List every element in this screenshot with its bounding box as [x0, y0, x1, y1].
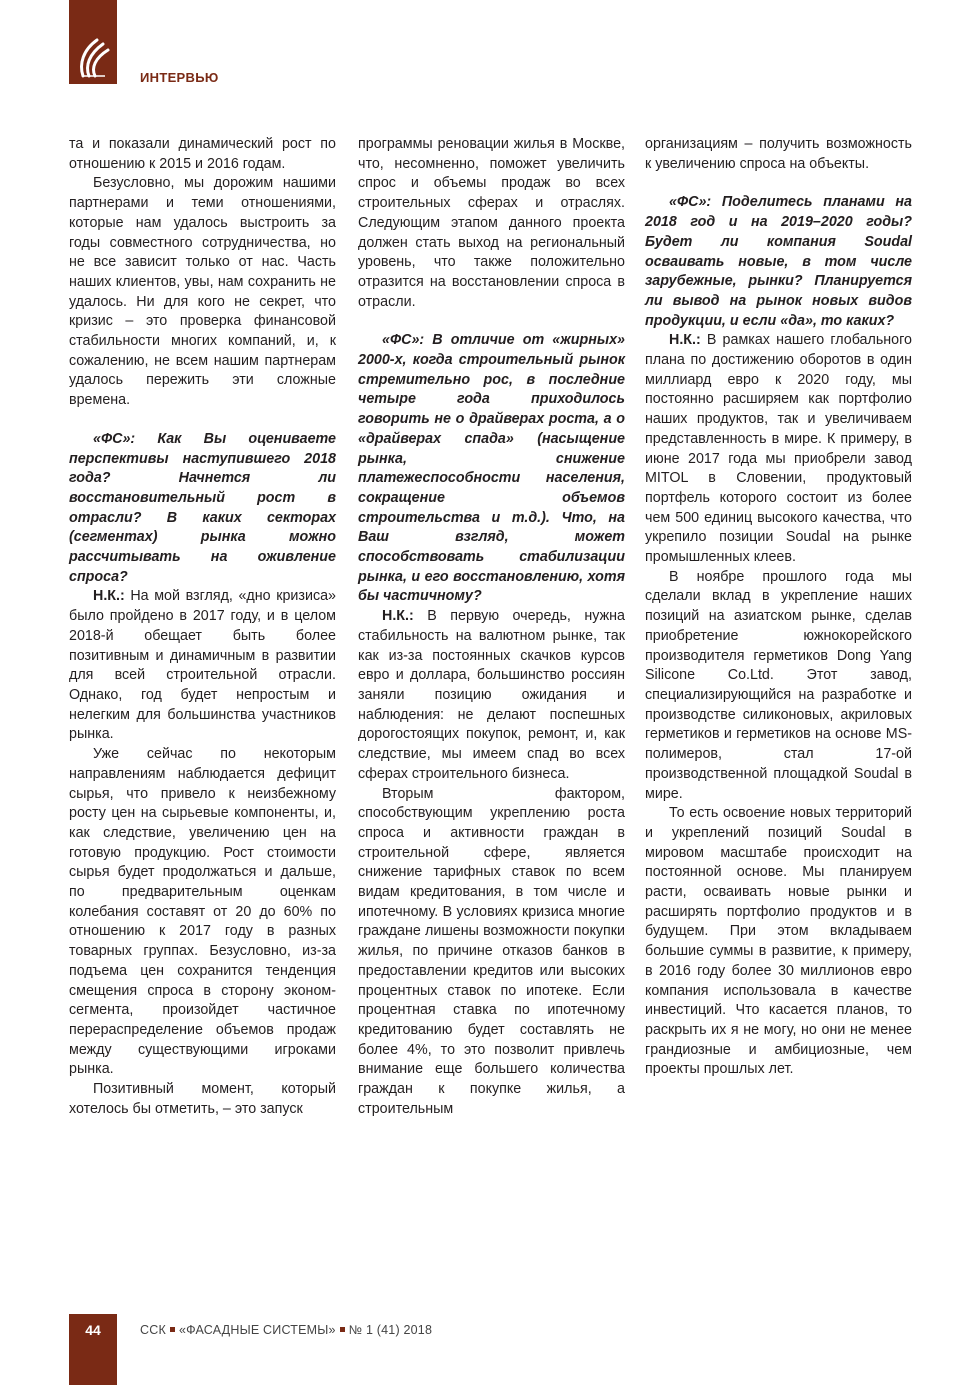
interview-question: «ФС»: В отличие от «жирных» 2000-х, когд… — [358, 331, 625, 607]
interview-question: «ФС»: Поделитесь планами на 2018 год и н… — [645, 193, 912, 331]
stylized-arches-logo-icon — [75, 36, 111, 80]
paragraph: организациям – получить возможность к ув… — [645, 135, 912, 174]
interview-answer: Н.К.: В первую очередь, нужна стабильнос… — [358, 607, 625, 784]
interview-answer: Н.К.: На мой взгляд, «дно кризиса» было … — [69, 587, 336, 745]
page-number: 44 — [69, 1322, 117, 1338]
article-column-2: программы реновации жилья в Москве, что,… — [358, 135, 625, 1119]
interview-answer: Н.К.: В рамках нашего глобального плана … — [645, 331, 912, 567]
paragraph: Уже сейчас по некоторым направлениям наб… — [69, 745, 336, 1080]
header-accent-bar — [69, 0, 117, 84]
footer-issue: № 1 (41) 2018 — [349, 1323, 432, 1337]
paragraph: То есть освоение новых территорий и укре… — [645, 804, 912, 1080]
paragraph: Безусловно, мы дорожим нашими партнерами… — [69, 174, 336, 410]
article-column-1: та и показали динамический рост по отнош… — [69, 135, 336, 1119]
square-separator-icon — [340, 1327, 345, 1332]
paragraph: Позитивный момент, который хотелось бы о… — [69, 1080, 336, 1119]
speaker-label: Н.К.: — [669, 332, 701, 348]
paragraph: Вторым фактором, способствующим укреплен… — [358, 785, 625, 1120]
footer-accent-bar: 44 — [69, 1314, 117, 1385]
paragraph: та и показали динамический рост по отнош… — [69, 135, 336, 174]
interview-question: «ФС»: Как Вы оцениваете перспективы наст… — [69, 430, 336, 588]
square-separator-icon — [170, 1327, 175, 1332]
speaker-label: Н.К.: — [93, 588, 125, 604]
footer-magazine-title: «ФАСАДНЫЕ СИСТЕМЫ» — [179, 1323, 336, 1337]
speaker-label: Н.К.: — [382, 608, 414, 624]
footer-publication: ССК«ФАСАДНЫЕ СИСТЕМЫ»№ 1 (41) 2018 — [140, 1323, 432, 1337]
footer-publisher: ССК — [140, 1323, 166, 1337]
answer-text: На мой взгляд, «дно кризиса» было пройде… — [69, 588, 336, 742]
section-label: ИНТЕРВЬЮ — [140, 70, 219, 85]
paragraph: программы реновации жилья в Москве, что,… — [358, 135, 625, 312]
paragraph: В ноябре прошлого года мы сделали вклад … — [645, 568, 912, 804]
answer-text: В рамках нашего глобального плана по дос… — [645, 332, 912, 565]
article-column-3: организациям – получить возможность к ув… — [645, 135, 912, 1080]
answer-text: В первую очередь, нужна стабильность на … — [358, 608, 625, 782]
